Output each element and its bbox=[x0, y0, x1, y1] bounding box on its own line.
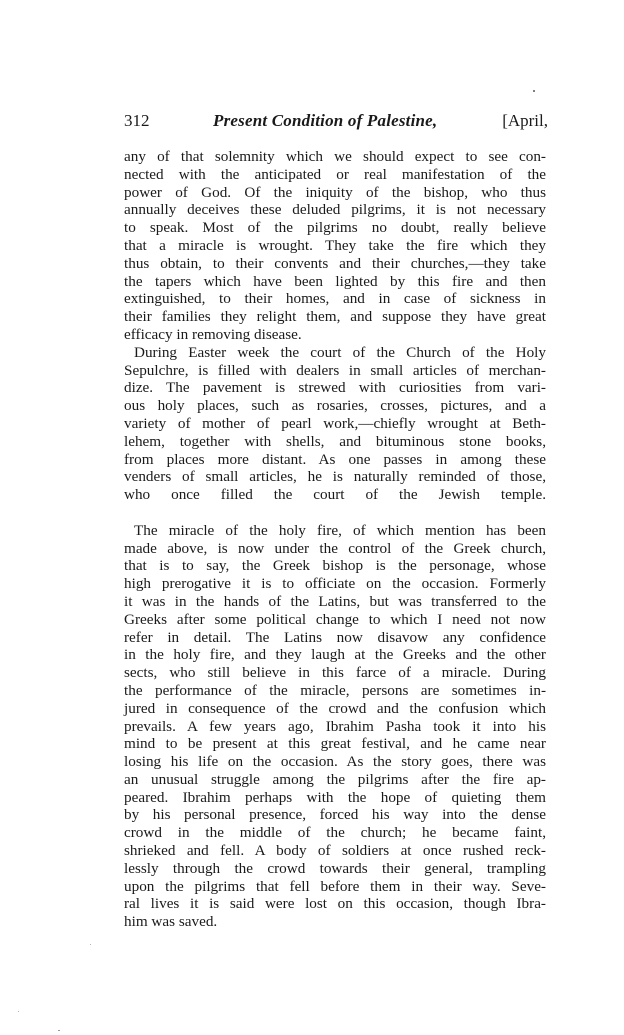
text-line: to speak. Most of the pilgrims no doubt,… bbox=[124, 219, 546, 237]
text-line: that a miracle is wrought. They take the… bbox=[124, 237, 546, 255]
text-line: in the holy fire, and they laugh at the … bbox=[124, 646, 546, 664]
text-line: high prerogative it is to officiate on t… bbox=[124, 575, 546, 593]
text-line: him was saved. bbox=[124, 913, 546, 931]
running-title: Present Condition of Palestine, bbox=[213, 110, 437, 132]
text-line: mind to be present at this great festiva… bbox=[124, 735, 546, 753]
text-line: from places more distant. As one passes … bbox=[124, 451, 546, 469]
paragraph: During Easter week the court of the Chur… bbox=[124, 344, 546, 522]
text-line: nected with the anticipated or real mani… bbox=[124, 166, 546, 184]
text-line: the tapers which have been lighted by th… bbox=[124, 273, 546, 291]
text-line: power of God. Of the iniquity of the bis… bbox=[124, 184, 546, 202]
body-text: any of that solemnity which we should ex… bbox=[124, 148, 546, 931]
text-line: ral lives it is said were lost on this o… bbox=[124, 895, 546, 913]
text-line: thus obtain, to their convents and their… bbox=[124, 255, 546, 273]
text-line: venders of small articles, he is natural… bbox=[124, 468, 546, 486]
text-line: made above, is now under the control of … bbox=[124, 540, 546, 558]
text-line: any of that solemnity which we should ex… bbox=[124, 148, 546, 166]
text-line: jured in consequence of the crowd and th… bbox=[124, 700, 546, 718]
page-number: 312 bbox=[124, 110, 150, 132]
text-line: upon the pilgrims that fell before them … bbox=[124, 878, 546, 896]
text-line: ous holy places, such as rosaries, cross… bbox=[124, 397, 546, 415]
text-line: their families they relight them, and su… bbox=[124, 308, 546, 326]
text-line: lessly through the crowd towards their g… bbox=[124, 860, 546, 878]
text-line bbox=[124, 504, 546, 522]
text-line: lehem, together with shells, and bitumin… bbox=[124, 433, 546, 451]
paragraph: any of that solemnity which we should ex… bbox=[124, 148, 546, 344]
print-speck bbox=[18, 1011, 19, 1012]
print-speck bbox=[58, 1030, 60, 1031]
text-line: that is to say, the Greek bishop is the … bbox=[124, 557, 546, 575]
text-line: variety of mother of pearl work,—chiefly… bbox=[124, 415, 546, 433]
running-header: 312 Present Condition of Palestine, [Apr… bbox=[124, 110, 546, 132]
print-speck bbox=[90, 944, 91, 945]
text-line: it was in the hands of the Latins, but w… bbox=[124, 593, 546, 611]
text-line: losing his life on the occasion. As the … bbox=[124, 753, 546, 771]
text-line: peared. Ibrahim perhaps with the hope of… bbox=[124, 789, 546, 807]
text-line: the performance of the miracle, persons … bbox=[124, 682, 546, 700]
text-line: Greeks after some political change to wh… bbox=[124, 611, 546, 629]
text-line: who once filled the court of the Jewish … bbox=[124, 486, 546, 504]
text-line: prevails. A few years ago, Ibrahim Pasha… bbox=[124, 718, 546, 736]
text-line: During Easter week the court of the Chur… bbox=[124, 344, 546, 362]
text-line: dize. The pavement is strewed with curio… bbox=[124, 379, 546, 397]
text-line: by his personal presence, forced his way… bbox=[124, 806, 546, 824]
text-line: extinguished, to their homes, and in cas… bbox=[124, 290, 546, 308]
running-date: [April, bbox=[502, 110, 548, 132]
text-line: shrieked and fell. A body of soldiers at… bbox=[124, 842, 546, 860]
text-line: an unusual struggle among the pilgrims a… bbox=[124, 771, 546, 789]
document-page: 312 Present Condition of Palestine, [Apr… bbox=[0, 0, 624, 1035]
text-line: crowd in the middle of the church; he be… bbox=[124, 824, 546, 842]
text-line: The miracle of the holy fire, of which m… bbox=[124, 522, 546, 540]
paragraph: The miracle of the holy fire, of which m… bbox=[124, 522, 546, 931]
text-line: annually deceives these deluded pilgrims… bbox=[124, 201, 546, 219]
text-line: sects, who still believe in this farce o… bbox=[124, 664, 546, 682]
print-speck bbox=[533, 90, 535, 92]
text-line: Sepulchre, is filled with dealers in sma… bbox=[124, 362, 546, 380]
text-line: efficacy in removing disease. bbox=[124, 326, 546, 344]
text-line: refer in detail. The Latins now disavow … bbox=[124, 629, 546, 647]
